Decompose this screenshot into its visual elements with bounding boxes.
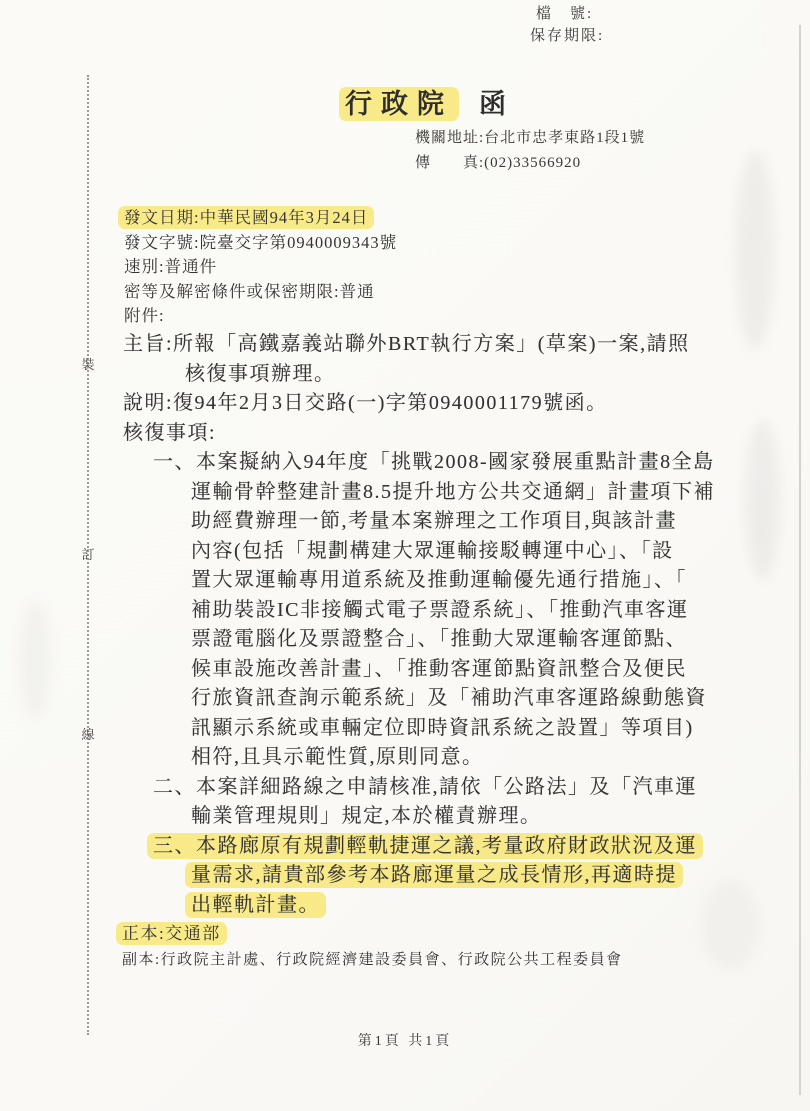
agency-address-line: 機關地址:台北市忠孝東路1段1號 — [415, 126, 645, 151]
subject-line-2: 核復事項辦理。 — [185, 360, 715, 390]
item1-line-8: 候車設施改善計畫」、「推動客運節點資訊整合及便民 — [191, 655, 715, 685]
letter-body: 主旨:所報「高鐵嘉義站聯外BRT執行方案」(草案)一案,請照 核復事項辦理。 說… — [123, 330, 715, 920]
agency-fax-line: 傳 真:(02)33566920 — [415, 151, 645, 176]
issue-date-line: 發文日期:中華民國94年3月24日 — [124, 206, 397, 231]
issuing-agency-name: 行政院 — [339, 87, 459, 121]
original-recipient-line: 正本:交通部 — [122, 921, 623, 947]
item3-line-3: 出輕軌計畫。 — [191, 891, 715, 921]
item3-line-2: 量需求,請貴部參考本路廊運量之成長情形,再適時提 — [191, 861, 715, 891]
item1-line-11: 相符,且具示範性質,原則同意。 — [191, 743, 715, 773]
scan-artifact — [745, 420, 780, 580]
archive-file-number-label: 檔 號: — [530, 3, 604, 25]
page-edge-line — [799, 25, 801, 1095]
scan-artifact — [735, 150, 775, 350]
item1-line-10: 訊顯示系統或車輛定位即時資訊系統之設置」等項目) — [191, 714, 715, 744]
item1-line-5: 置大眾運輸專用道系統及推動運輸優先通行措施」、「 — [191, 566, 715, 596]
item1-line-9: 行旅資訊查詢示範系統」及「補助汽車客運路線動態資 — [191, 684, 715, 714]
distribution-block: 正本:交通部 副本:行政院主計處、行政院經濟建設委員會、行政院公共工程委員會 — [122, 921, 623, 973]
scanned-letter-page: 裝 訂 線 檔 號: 保存期限: 行政院函 機關地址:台北市忠孝東路1段1號 傳… — [0, 0, 810, 1111]
archive-retention-label: 保存期限: — [530, 25, 604, 47]
security-classification-line: 密等及解密條件或保密期限:普通 — [124, 280, 397, 305]
binding-char-ding: 訂 — [79, 544, 97, 563]
item1-line-1: 一、本案擬納入94年度「挑戰2008-國家發展重點計畫8全島 — [153, 448, 715, 478]
item1-line-6: 補助裝設IC非接觸式電子票證系統」、「推動汽車客運 — [191, 596, 715, 626]
item1-line-2: 運輸骨幹整建計畫8.5提升地方公共交通網」計畫項下補 — [191, 478, 715, 508]
item2-line-1: 二、本案詳細路線之申請核准,請依「公路法」及「汽車運 — [153, 773, 715, 803]
document-title: 行政院函 — [345, 82, 515, 121]
scan-artifact — [20, 600, 50, 720]
attachment-line: 附件: — [124, 304, 397, 329]
binding-char-zhuang: 裝 — [79, 354, 97, 373]
item3-highlight-2: 量需求,請貴部參考本路廊運量之成長情形,再適時提 — [185, 862, 683, 888]
item3-line-1: 三、本路廊原有規劃輕軌捷運之議,考量政府財政狀況及運 — [153, 832, 715, 862]
subject-line-1: 主旨:所報「高鐵嘉義站聯外BRT執行方案」(草案)一案,請照 — [123, 330, 715, 360]
scan-artifact — [700, 880, 760, 970]
archive-labels: 檔 號: 保存期限: — [530, 3, 604, 47]
item1-line-7: 票證電腦化及票證整合」、「推動大眾運輸客運節點、 — [191, 625, 715, 655]
issue-ref-number-line: 發文字號:院臺交字第0940009343號 — [124, 231, 397, 256]
item3-highlight-3: 出輕軌計畫。 — [185, 892, 326, 918]
item1-line-3: 助經費辦理一節,考量本案辦理之工作項目,與該計畫 — [191, 507, 715, 537]
explanation-line: 說明:復94年2月3日交路(一)字第0940001179號函。 — [123, 389, 715, 419]
reply-items-heading: 核復事項: — [123, 419, 715, 449]
item3-highlight-1: 三、本路廊原有規劃輕軌捷運之議,考量政府財政狀況及運 — [147, 833, 703, 859]
item2-line-2: 輸業管理規則」規定,本於權責辦理。 — [191, 802, 715, 832]
document-type-label: 函 — [479, 89, 515, 119]
original-recipient-highlight: 正本:交通部 — [116, 922, 227, 945]
document-metadata: 發文日期:中華民國94年3月24日 發文字號:院臺交字第0940009343號 … — [124, 206, 397, 329]
copy-recipients-line: 副本:行政院主計處、行政院經濟建設委員會、行政院公共工程委員會 — [122, 947, 623, 973]
letterhead-contact: 機關地址:台北市忠孝東路1段1號 傳 真:(02)33566920 — [415, 126, 645, 176]
issue-date-highlight: 發文日期:中華民國94年3月24日 — [118, 206, 374, 229]
item1-line-4: 內容(包括「規劃構建大眾運輸接駁轉運中心」、「設 — [191, 537, 715, 567]
binding-char-xian: 線 — [79, 724, 97, 743]
page-number-footer: 第1頁 共1頁 — [0, 1030, 810, 1050]
delivery-speed-line: 速別:普通件 — [124, 255, 397, 280]
